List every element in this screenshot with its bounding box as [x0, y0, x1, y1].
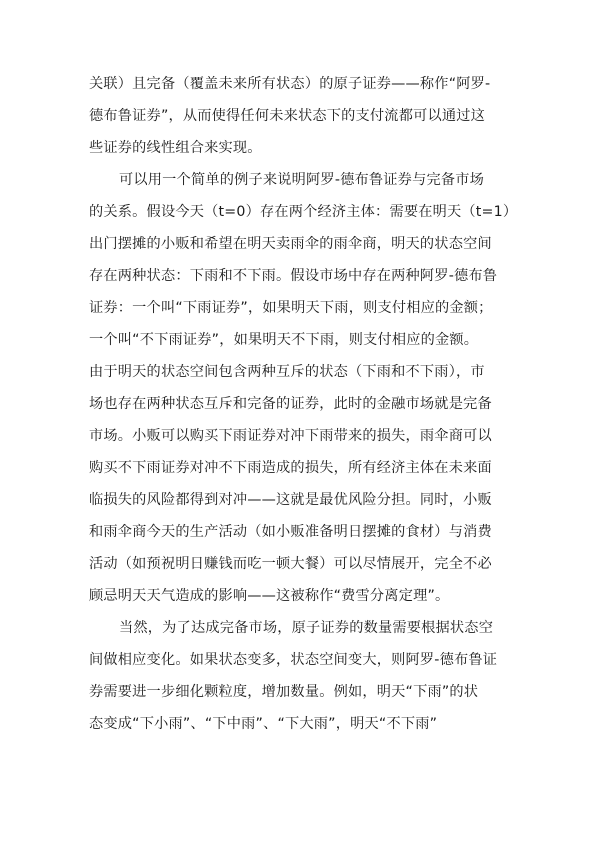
text-line: 存在两种状态：下雨和不下雨。假设市场中存在两种阿罗-德布鲁	[89, 266, 509, 286]
text-line: 的关系。假设今天（t=0）存在两个经济主体：需要在明天（t=1）	[89, 202, 509, 222]
text-line: 关联）且完备（覆盖未来所有状态）的原子证券——称作“阿罗-	[89, 74, 509, 94]
text-line: 活动（如预祝明日赚钱而吃一顿大餐）可以尽情展开，完全不必	[89, 554, 509, 574]
text-line: 由于明天的状态空间包含两种互斥的状态（下雨和不下雨），市	[89, 362, 509, 382]
text-line: 临损失的风险都得到对冲——这就是最优风险分担。同时，小贩	[89, 490, 509, 510]
text-line: 一个叫“不下雨证券”，如果明天不下雨，则支付相应的金额。	[89, 330, 509, 350]
document-page: 关联）且完备（覆盖未来所有状态）的原子证券——称作“阿罗- 德布鲁证券”，从而使…	[0, 0, 595, 841]
text-line: 些证券的线性组合来实现。	[89, 138, 509, 158]
text-line: 德布鲁证券”，从而使得任何未来状态下的支付流都可以通过这	[89, 106, 509, 126]
text-line: 态变成“下小雨”、“下中雨”、“下大雨”，明天“不下雨”	[89, 714, 509, 734]
text-line: 顾忌明天天气造成的影响——这被称作“费雪分离定理”。	[89, 586, 509, 606]
paragraph-start-line: 可以用一个简单的例子来说明阿罗-德布鲁证券与完备市场	[119, 170, 539, 190]
text-line: 场也存在两种状态互斥和完备的证券，此时的金融市场就是完备	[89, 394, 509, 414]
text-line: 购买不下雨证券对冲不下雨造成的损失，所有经济主体在未来面	[89, 458, 509, 478]
paragraph-start-line: 当然，为了达成完备市场，原子证券的数量需要根据状态空	[119, 618, 539, 638]
text-line: 市场。小贩可以购买下雨证券对冲下雨带来的损失，雨伞商可以	[89, 426, 509, 446]
text-line: 出门摆摊的小贩和希望在明天卖雨伞的雨伞商，明天的状态空间	[89, 234, 509, 254]
text-line: 和雨伞商今天的生产活动（如小贩准备明日摆摊的食材）与消费	[89, 522, 509, 542]
text-line: 券需要进一步细化颗粒度，增加数量。例如，明天“下雨”的状	[89, 682, 509, 702]
text-line: 证券：一个叫“下雨证券”，如果明天下雨，则支付相应的金额；	[89, 298, 509, 318]
text-line: 间做相应变化。如果状态变多，状态空间变大，则阿罗-德布鲁证	[89, 650, 509, 670]
